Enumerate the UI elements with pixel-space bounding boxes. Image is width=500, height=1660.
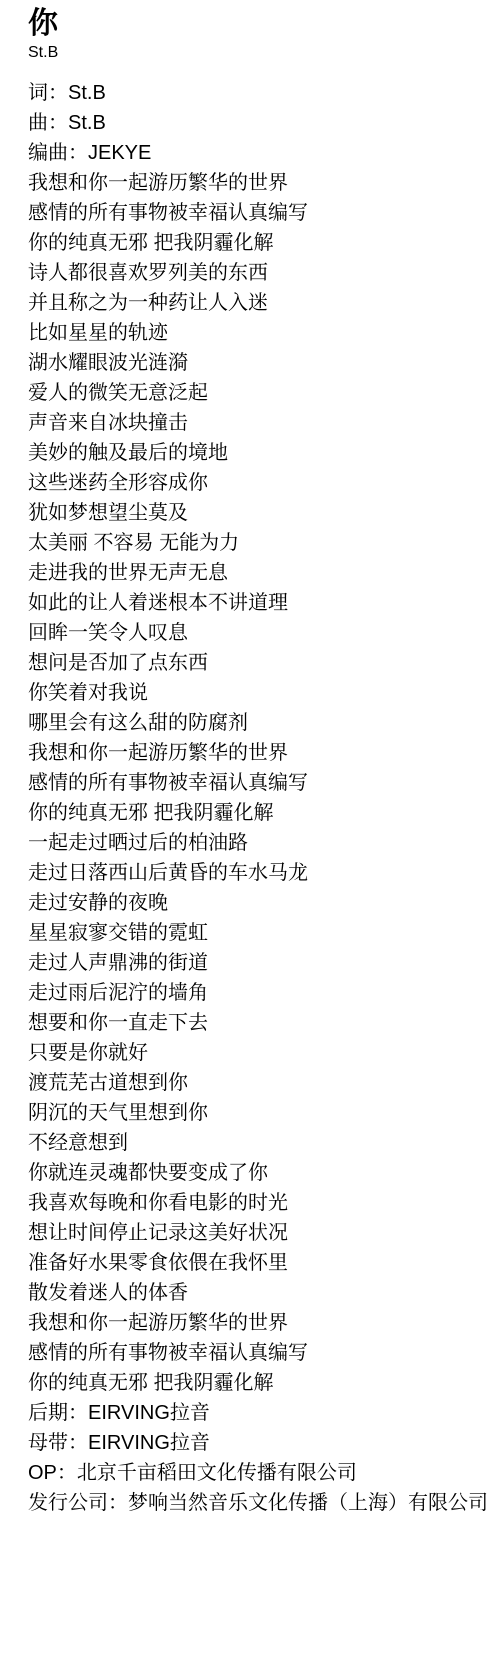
lyric-line: 渡荒芜古道想到你 (28, 1068, 490, 1098)
lyric-line: 想要和你一直走下去 (28, 1008, 490, 1038)
lyric-line: 湖水耀眼波光涟漪 (28, 348, 490, 378)
lyric-line: 想让时间停止记录这美好状况 (28, 1218, 490, 1248)
lyric-line: 星星寂寥交错的霓虹 (28, 918, 490, 948)
lyric-line: 你的纯真无邪 把我阴霾化解 (28, 1368, 490, 1398)
lyric-line: 走过日落西山后黄昏的车水马龙 (28, 858, 490, 888)
lyric-line: 发行公司：梦响当然音乐文化传播（上海）有限公司 (28, 1488, 490, 1518)
lyric-line: 太美丽 不容易 无能为力 (28, 528, 490, 558)
lyric-line: 美妙的触及最后的境地 (28, 438, 490, 468)
lyric-line: OP：北京千亩稻田文化传播有限公司 (28, 1458, 490, 1488)
lyric-line: 我想和你一起游历繁华的世界 (28, 738, 490, 768)
lyric-line: 你的纯真无邪 把我阴霾化解 (28, 228, 490, 258)
lyric-line: 回眸一笑令人叹息 (28, 618, 490, 648)
lyric-line: 走过安静的夜晚 (28, 888, 490, 918)
lyric-line: 我想和你一起游历繁华的世界 (28, 168, 490, 198)
lyric-line: 你笑着对我说 (28, 678, 490, 708)
song-title: 你 (28, 6, 490, 42)
lyric-line: 母带：EIRVING拉音 (28, 1428, 490, 1458)
lyric-line: 哪里会有这么甜的防腐剂 (28, 708, 490, 738)
lyric-line: 你就连灵魂都快要变成了你 (28, 1158, 490, 1188)
lyric-line: 走进我的世界无声无息 (28, 558, 490, 588)
lyric-line: 声音来自冰块撞击 (28, 408, 490, 438)
lyric-line: 不经意想到 (28, 1128, 490, 1158)
lyric-line: 散发着迷人的体香 (28, 1278, 490, 1308)
lyric-line: 爱人的微笑无意泛起 (28, 378, 490, 408)
lyric-line: 词：St.B (28, 78, 490, 108)
lyric-line: 并且称之为一种药让人入迷 (28, 288, 490, 318)
lyrics-page: 你 St.B 词：St.B曲：St.B编曲：JEKYE我想和你一起游历繁华的世界… (0, 0, 500, 1518)
lyric-line: 一起走过晒过后的柏油路 (28, 828, 490, 858)
lyric-line: 你的纯真无邪 把我阴霾化解 (28, 798, 490, 828)
artist-name: St.B (28, 42, 490, 64)
lyric-line: 如此的让人着迷根本不讲道理 (28, 588, 490, 618)
lyric-line: 感情的所有事物被幸福认真编写 (28, 1338, 490, 1368)
lyric-line: 感情的所有事物被幸福认真编写 (28, 198, 490, 228)
lyric-line: 诗人都很喜欢罗列美的东西 (28, 258, 490, 288)
lyric-line: 阴沉的天气里想到你 (28, 1098, 490, 1128)
lyric-line: 编曲：JEKYE (28, 138, 490, 168)
lyric-line: 后期：EIRVING拉音 (28, 1398, 490, 1428)
lyric-line: 犹如梦想望尘莫及 (28, 498, 490, 528)
lyric-line: 想问是否加了点东西 (28, 648, 490, 678)
lyric-line: 只要是你就好 (28, 1038, 490, 1068)
lyric-line: 走过人声鼎沸的街道 (28, 948, 490, 978)
lyric-line: 这些迷药全形容成你 (28, 468, 490, 498)
lyric-line: 准备好水果零食依偎在我怀里 (28, 1248, 490, 1278)
lyric-line: 比如星星的轨迹 (28, 318, 490, 348)
lyric-line: 我喜欢每晚和你看电影的时光 (28, 1188, 490, 1218)
lyrics-body: 词：St.B曲：St.B编曲：JEKYE我想和你一起游历繁华的世界感情的所有事物… (28, 78, 490, 1518)
lyric-line: 走过雨后泥泞的墙角 (28, 978, 490, 1008)
lyric-line: 曲：St.B (28, 108, 490, 138)
lyric-line: 感情的所有事物被幸福认真编写 (28, 768, 490, 798)
lyric-line: 我想和你一起游历繁华的世界 (28, 1308, 490, 1338)
